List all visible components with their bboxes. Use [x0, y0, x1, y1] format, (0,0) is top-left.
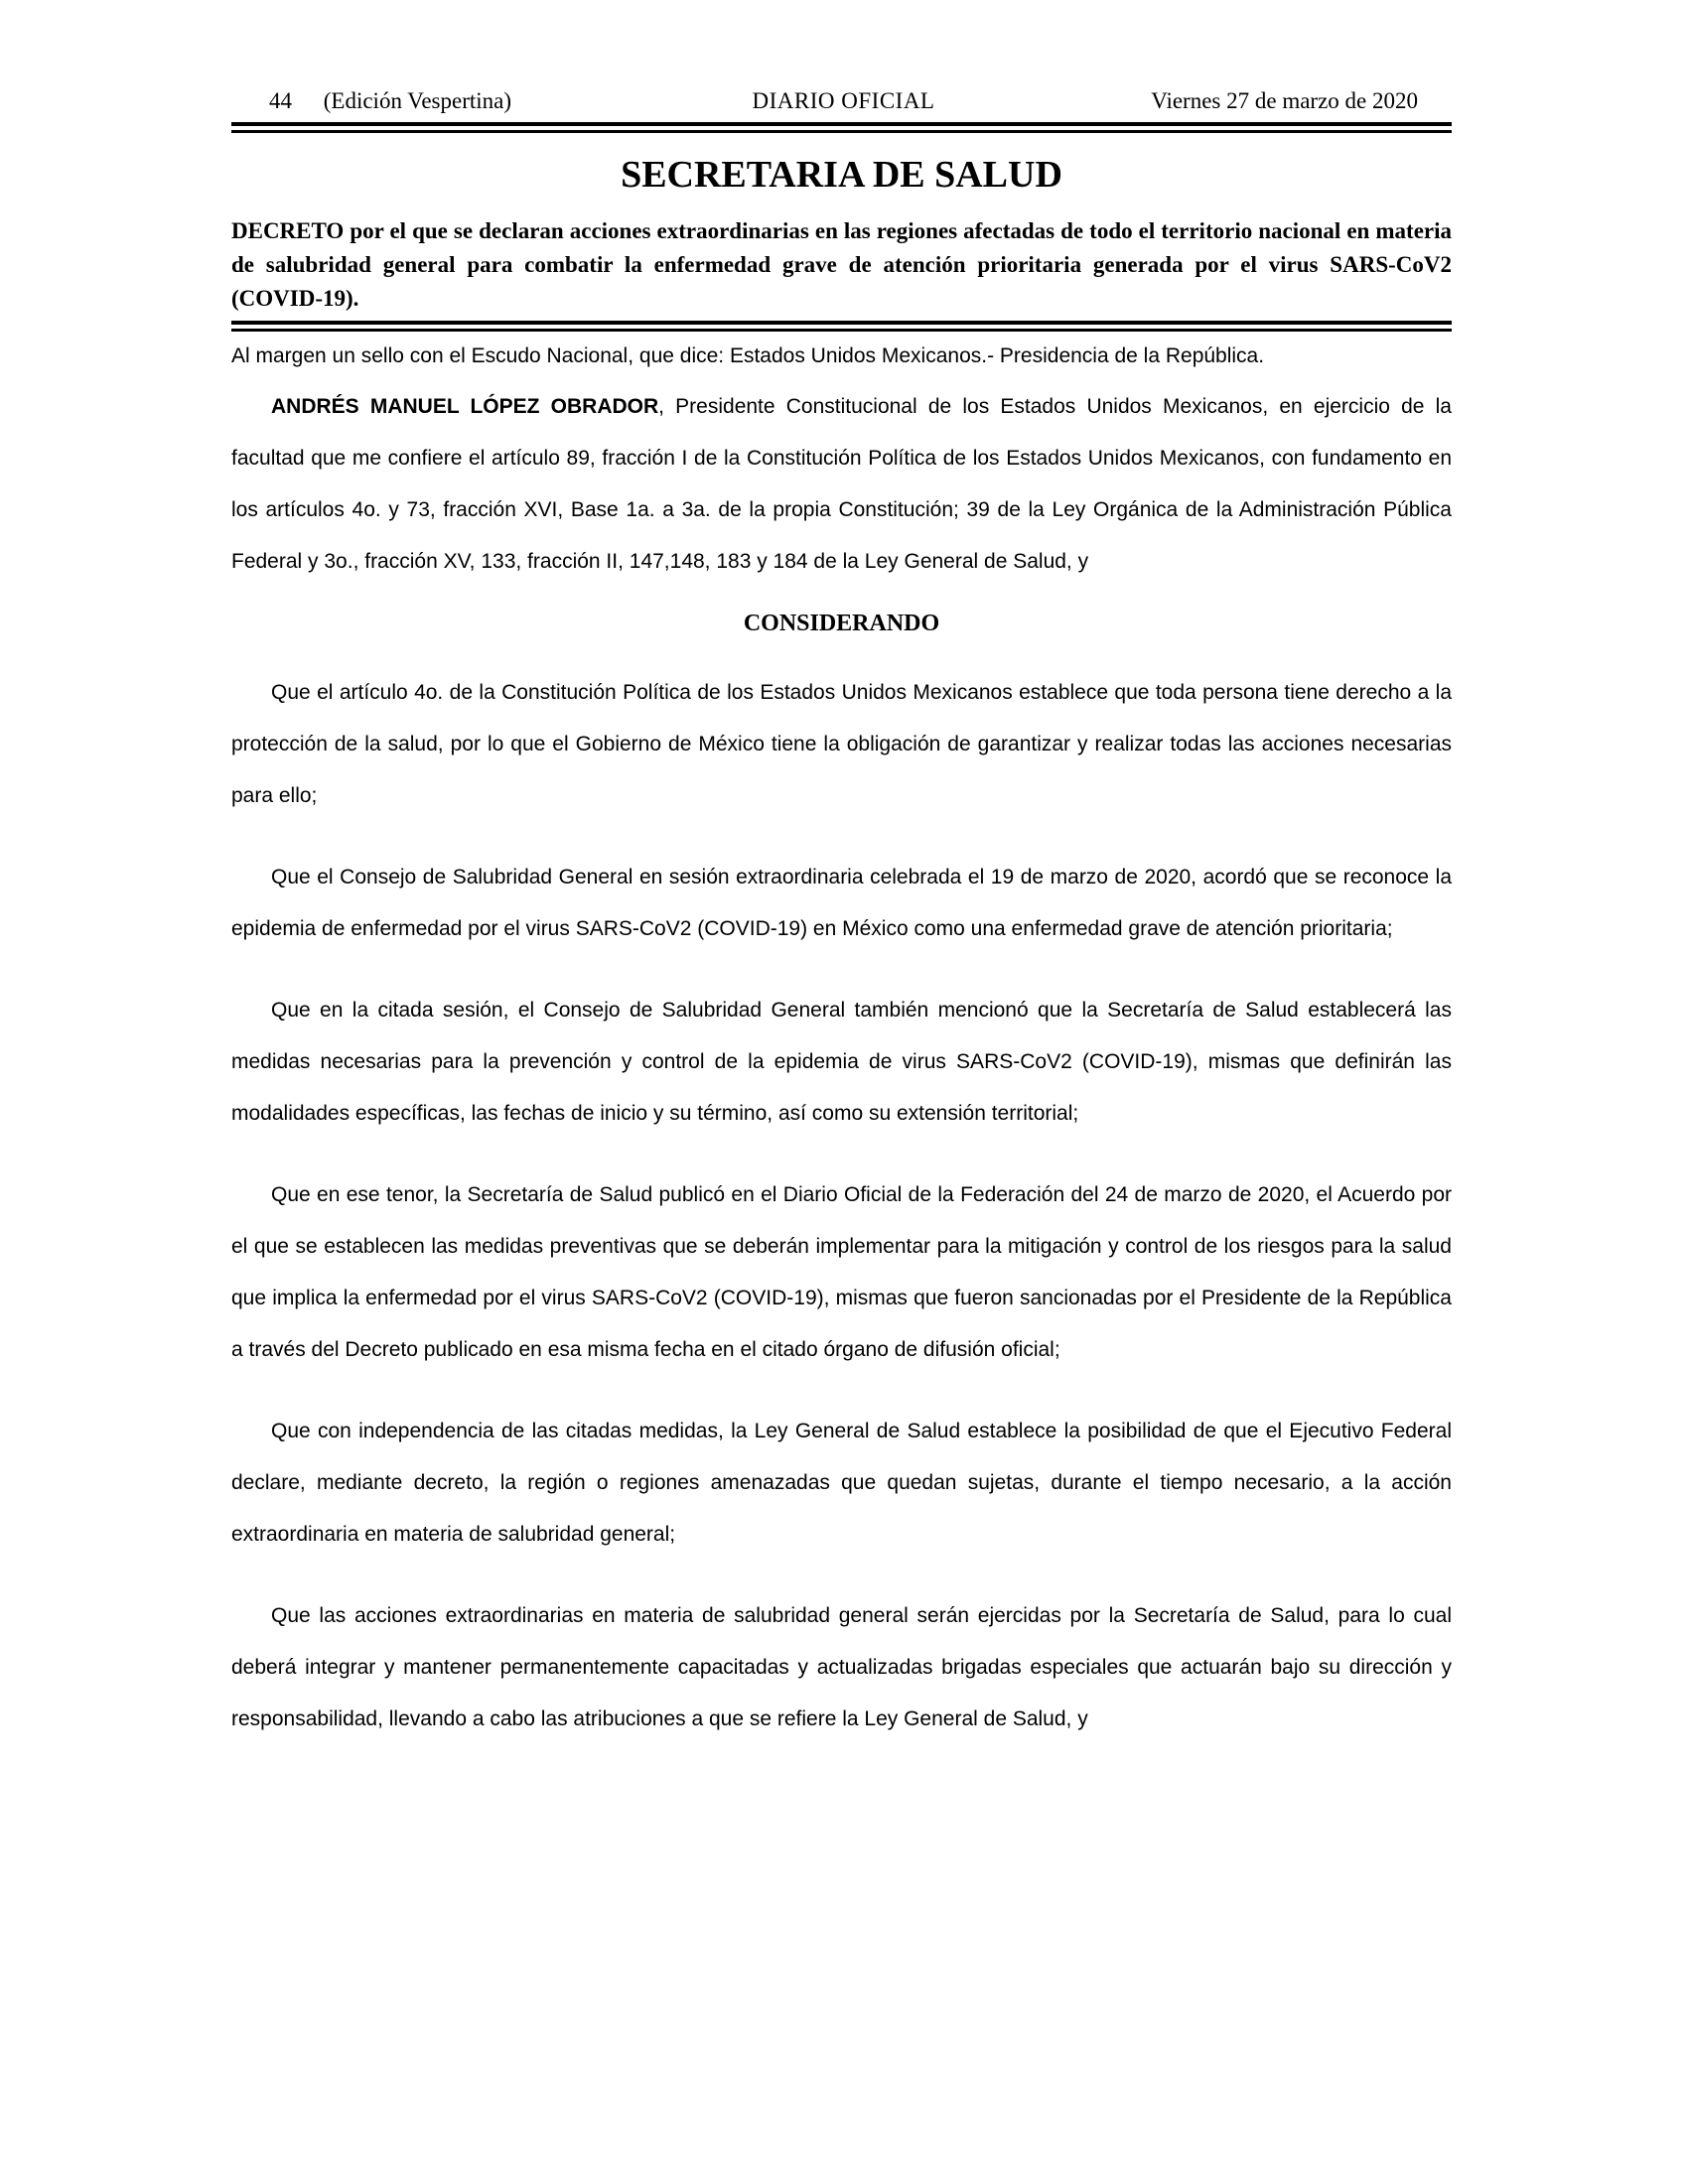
margin-note: Al margen un sello con el Escudo Naciona…	[231, 338, 1452, 375]
president-name: ANDRÉS MANUEL LÓPEZ OBRADOR	[271, 395, 658, 418]
page-header: 44 (Edición Vespertina) DIARIO OFICIAL V…	[231, 87, 1452, 114]
intro-paragraph: ANDRÉS MANUEL LÓPEZ OBRADOR, Presidente …	[231, 381, 1452, 588]
section-title: SECRETARIA DE SALUD	[231, 153, 1452, 197]
header-left: 44 (Edición Vespertina)	[269, 87, 753, 114]
gazette-name: DIARIO OFICIAL	[753, 87, 935, 114]
decree-summary: DECRETO por el que se declaran acciones …	[231, 214, 1452, 316]
considerando-paragraph-3: Que en la citada sesión, el Consejo de S…	[231, 985, 1452, 1140]
header-divider	[231, 122, 1452, 133]
considerando-paragraph-4: Que en ese tenor, la Secretaría de Salud…	[231, 1169, 1452, 1376]
gazette-page: 44 (Edición Vespertina) DIARIO OFICIAL V…	[0, 0, 1688, 2184]
considerando-heading: CONSIDERANDO	[231, 610, 1452, 637]
intro-text: , Presidente Constitucional de los Estad…	[231, 395, 1452, 573]
edition-label: (Edición Vespertina)	[324, 88, 511, 113]
considerando-paragraph-1: Que el artículo 4o. de la Constitución P…	[231, 667, 1452, 822]
considerando-paragraph-5: Que con independencia de las citadas med…	[231, 1406, 1452, 1561]
summary-divider	[231, 321, 1452, 332]
considerando-paragraph-2: Que el Consejo de Salubridad General en …	[231, 852, 1452, 955]
page-number: 44	[269, 88, 292, 113]
considerando-paragraph-6: Que las acciones extraordinarias en mate…	[231, 1590, 1452, 1745]
header-date: Viernes 27 de marzo de 2020	[934, 87, 1418, 114]
